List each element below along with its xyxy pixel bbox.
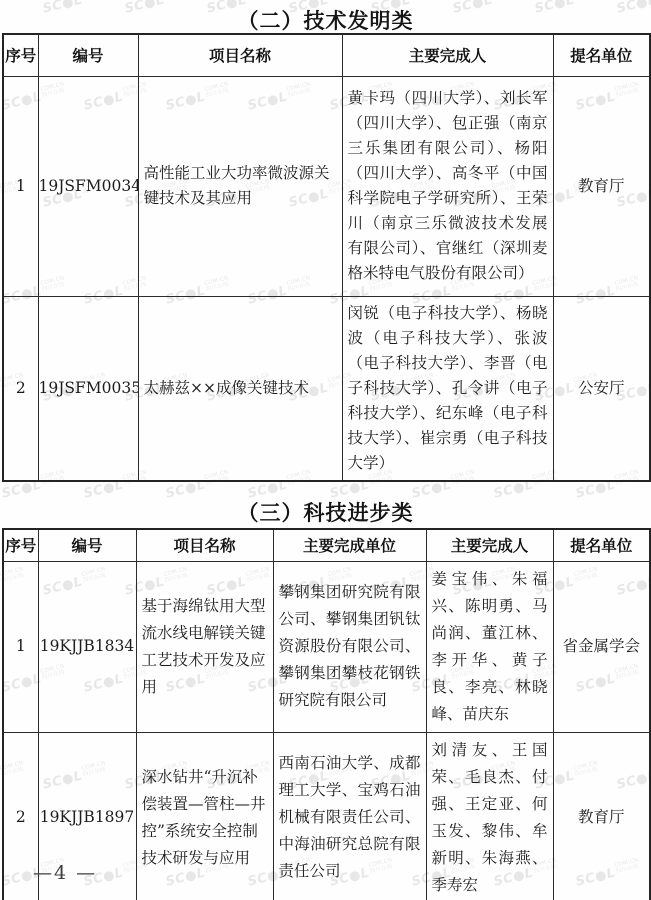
col-header-nominator: 提名单位 bbox=[553, 529, 650, 561]
cell-people: 闵锐（电子科技大学）、杨晓波（电子科技大学）、张波（电子科技大学）、李晋（电子科… bbox=[342, 296, 553, 481]
col-header-index: 序号 bbox=[3, 529, 38, 561]
col-header-index: 序号 bbox=[3, 34, 38, 76]
cell-code: 19JSFM0034 bbox=[38, 76, 138, 296]
scol-cn-text: 四川在线 bbox=[574, 0, 599, 2]
section-title-invention: （二）技术发明类 bbox=[0, 5, 651, 35]
cell-people: 姜宝伟、朱福兴、陈明勇、马尚润、董江林、李开华、黄子良、李亮、林晓峰、苗庆东 bbox=[426, 561, 553, 732]
cell-project: 太赫兹××成像关键技术 bbox=[138, 296, 342, 481]
col-header-nominator: 提名单位 bbox=[553, 34, 650, 76]
document-page: SC●LCOM.CN四川在线SC●LCOM.CN四川在线SC●LCOM.CN四川… bbox=[0, 0, 651, 900]
cell-people: 黄卡玛（四川大学）、刘长军（四川大学）、包正强（南京三乐集团有限公司）、杨阳（四… bbox=[342, 76, 553, 296]
col-header-units: 主要完成单位 bbox=[273, 529, 426, 561]
invention-table: 序号 编号 项目名称 主要完成人 提名单位 1 19JSFM0034 高性能工业… bbox=[2, 33, 651, 482]
scol-cn-text: 四川在线 bbox=[0, 0, 25, 2]
scol-cn-text: 四川在线 bbox=[246, 0, 271, 2]
table-row: 1 19KJJB1834 基于海绵钛用大型流水线电解镁关键工艺技术开发及应用 攀… bbox=[3, 561, 650, 732]
section-title-progress: （三）科技进步类 bbox=[0, 497, 651, 527]
cell-units: 西南石油大学、成都理工大学、宝鸡石油机械有限责任公司、中海油研究总院有限责任公司 bbox=[273, 732, 426, 900]
col-header-people: 主要完成人 bbox=[342, 34, 553, 76]
progress-table: 序号 编号 项目名称 主要完成单位 主要完成人 提名单位 1 19KJJB183… bbox=[2, 528, 651, 900]
scol-cn-text: 四川在线 bbox=[164, 0, 189, 2]
cell-units: 攀钢集团研究院有限公司、攀钢集团钒钛资源股份有限公司、攀钢集团攀枝花钢铁研究院有… bbox=[273, 561, 426, 732]
cell-people: 刘清友、王国荣、毛良杰、付强、王定亚、何玉发、黎伟、牟新明、朱海燕、季寿宏 bbox=[426, 732, 553, 900]
col-header-project: 项目名称 bbox=[136, 529, 273, 561]
cell-project: 高性能工业大功率微波源关键技术及其应用 bbox=[138, 76, 342, 296]
table-row: 1 19JSFM0034 高性能工业大功率微波源关键技术及其应用 黄卡玛（四川大… bbox=[3, 76, 650, 296]
cell-code: 19JSFM0035 bbox=[38, 296, 138, 481]
scol-cn-text: 四川在线 bbox=[82, 0, 107, 2]
cell-nominator: 教育厅 bbox=[553, 76, 650, 296]
invention-header-row: 序号 编号 项目名称 主要完成人 提名单位 bbox=[3, 34, 650, 76]
scol-cn-text: 四川在线 bbox=[492, 0, 517, 2]
scol-cn-text: 四川在线 bbox=[328, 0, 353, 2]
cell-project: 深水钻井“升沉补偿装置—管柱—井控”系统安全控制技术研发与应用 bbox=[136, 732, 273, 900]
progress-header-row: 序号 编号 项目名称 主要完成单位 主要完成人 提名单位 bbox=[3, 529, 650, 561]
cell-index: 2 bbox=[3, 296, 38, 481]
col-header-people: 主要完成人 bbox=[426, 529, 553, 561]
scol-cn-text: 四川在线 bbox=[410, 0, 435, 2]
cell-index: 1 bbox=[3, 561, 38, 732]
cell-code: 19KJJB1834 bbox=[38, 561, 136, 732]
page-number: —4 — bbox=[33, 862, 97, 884]
cell-index: 1 bbox=[3, 76, 38, 296]
cell-nominator: 公安厅 bbox=[553, 296, 650, 481]
cell-nominator: 省金属学会 bbox=[553, 561, 650, 732]
cell-nominator: 教育厅 bbox=[553, 732, 650, 900]
table-row: 2 19JSFM0035 太赫兹××成像关键技术 闵锐（电子科技大学）、杨晓波（… bbox=[3, 296, 650, 481]
col-header-code: 编号 bbox=[38, 529, 136, 561]
col-header-project: 项目名称 bbox=[138, 34, 342, 76]
col-header-code: 编号 bbox=[38, 34, 138, 76]
table-row: 2 19KJJB1897 深水钻井“升沉补偿装置—管柱—井控”系统安全控制技术研… bbox=[3, 732, 650, 900]
cell-project: 基于海绵钛用大型流水线电解镁关键工艺技术开发及应用 bbox=[136, 561, 273, 732]
